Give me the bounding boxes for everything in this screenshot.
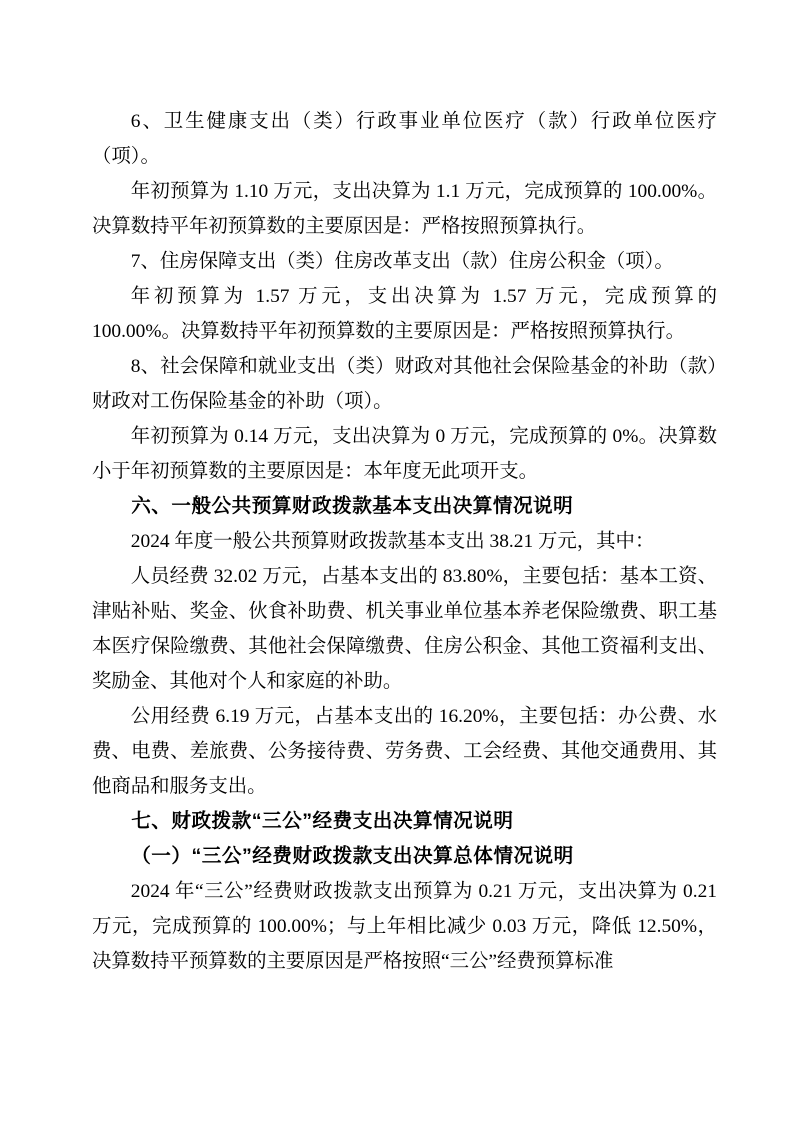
paragraph-three-public-expenses: 2024 年“三公”经费财政拨款支出预算为 0.21 万元，支出决算为 0.21… [92,874,717,979]
paragraph-expenditure-item-8: 8、社会保障和就业支出（类）财政对其他社会保险基金的补助（款）财政对工伤保险基金… [92,349,717,419]
paragraph-item-7-budget-detail: 年初预算为 1.57 万元，支出决算为 1.57 万元，完成预算的 100.00… [92,279,717,349]
paragraph-personnel-funds: 人员经费 32.02 万元，占基本支出的 83.80%，主要包括：基本工资、津贴… [92,559,717,699]
paragraph-basic-expenditure-total: 2024 年度一般公共预算财政拨款基本支出 38.21 万元，其中： [92,524,717,559]
section-heading-six: 六、一般公共预算财政拨款基本支出决算情况说明 [92,489,717,524]
paragraph-expenditure-item-6: 6、卫生健康支出（类）行政事业单位医疗（款）行政单位医疗（项）。 [92,104,717,174]
paragraph-item-8-budget-detail: 年初预算为 0.14 万元，支出决算为 0 万元，完成预算的 0%。决算数小于年… [92,419,717,489]
paragraph-expenditure-item-7: 7、住房保障支出（类）住房改革支出（款）住房公积金（项）。 [92,244,717,279]
document-body: 6、卫生健康支出（类）行政事业单位医疗（款）行政单位医疗（项）。 年初预算为 1… [92,104,717,979]
paragraph-item-6-budget-detail: 年初预算为 1.10 万元，支出决算为 1.1 万元，完成预算的 100.00%… [92,174,717,244]
subsection-heading-seven-one: （一）“三公”经费财政拨款支出决算总体情况说明 [92,839,717,874]
document-page: 6、卫生健康支出（类）行政事业单位医疗（款）行政单位医疗（项）。 年初预算为 1… [0,0,793,1122]
paragraph-public-funds: 公用经费 6.19 万元，占基本支出的 16.20%，主要包括：办公费、水费、电… [92,699,717,804]
section-heading-seven: 七、财政拨款“三公”经费支出决算情况说明 [92,804,717,839]
